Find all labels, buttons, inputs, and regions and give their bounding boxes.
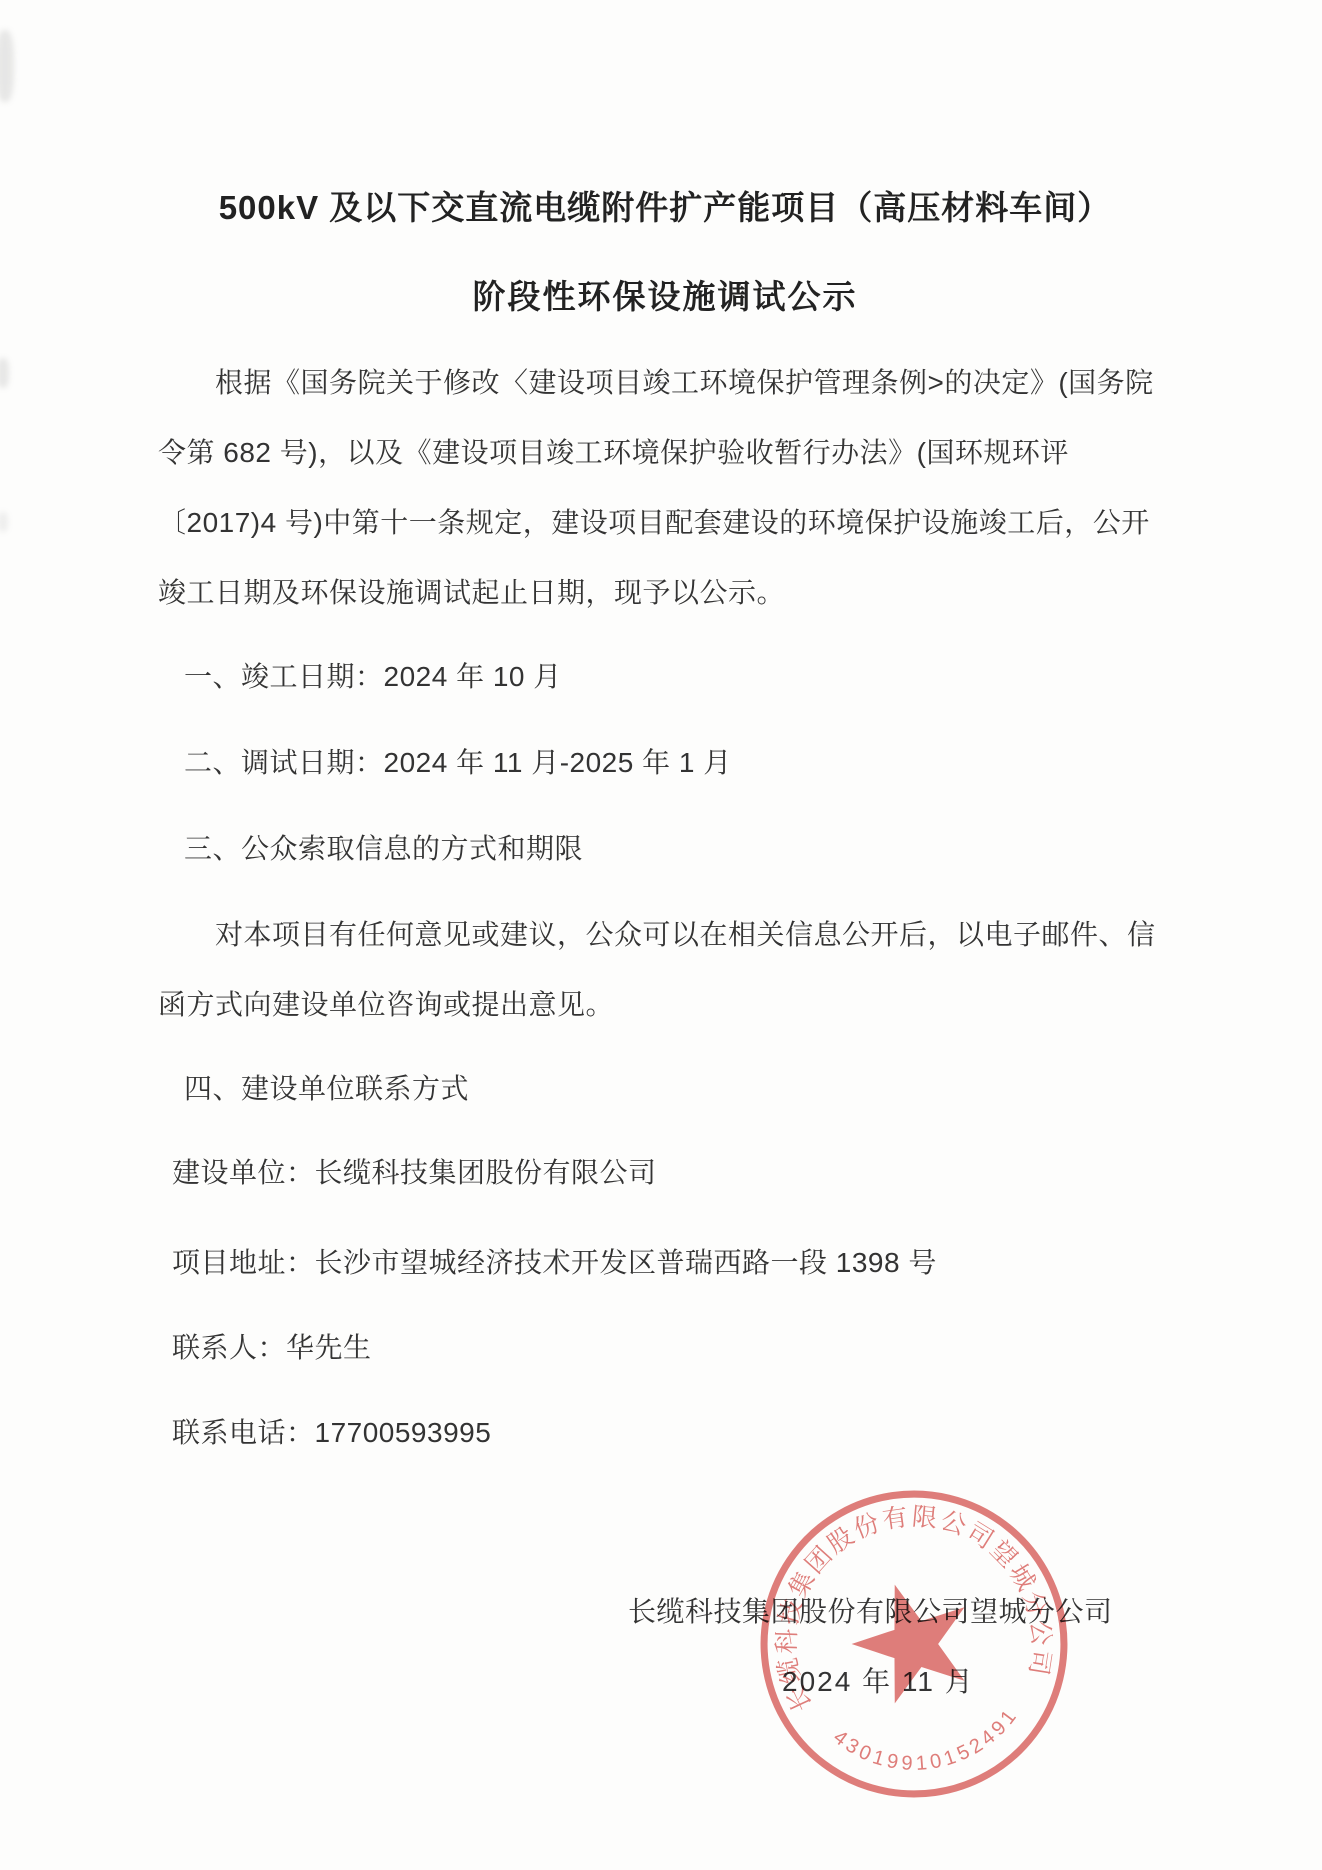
feedback-line: 对本项目有任何意见或建议，公众可以在相关信息公开后，以电子邮件、信 — [158, 900, 1172, 970]
scanned-document-page: 500kV 及以下交直流电缆附件扩产能项目（高压材料车间） 阶段性环保设施调试公… — [0, 0, 1322, 1870]
intro-line: 竣工日期及环保设施调试起止日期，现予以公示。 — [158, 558, 1172, 628]
feedback-paragraph: 对本项目有任何意见或建议，公众可以在相关信息公开后，以电子邮件、信 函方式向建设… — [158, 900, 1172, 1040]
intro-line: 〔2017)4 号)中第十一条规定，建设项目配套建设的环境保护设施竣工后，公开 — [158, 488, 1172, 558]
seal-ring — [745, 1475, 1084, 1814]
item-contact-heading: 四、建设单位联系方式 — [158, 1054, 1172, 1124]
seal-serial-text: 43019910152491 — [827, 1701, 1029, 1787]
document-title-line2: 阶段性环保设施调试公示 — [158, 276, 1172, 318]
signature-date: 2024 年 11 月 — [782, 1660, 975, 1700]
intro-line: 令第 682 号)，以及《建设项目竣工环境保护验收暂行办法》(国环规环评 — [158, 418, 1172, 488]
contact-address-line: 项目地址：长沙市望城经济技术开发区普瑞西路一段 1398 号 — [158, 1228, 1172, 1298]
intro-paragraph: 根据《国务院关于修改〈建设项目竣工环境保护管理条例>的决定》(国务院 令第 68… — [158, 348, 1172, 628]
document-body: 500kV 及以下交直流电缆附件扩产能项目（高压材料车间） 阶段性环保设施调试公… — [0, 186, 1322, 1468]
contact-unit-line: 建设单位：长缆科技集团股份有限公司 — [158, 1138, 1172, 1208]
intro-line: 根据《国务院关于修改〈建设项目竣工环境保护管理条例>的决定》(国务院 — [158, 348, 1172, 418]
scan-artifact — [0, 30, 14, 102]
item-public-info-heading: 三、公众索取信息的方式和期限 — [158, 814, 1172, 884]
document-title-line1: 500kV 及以下交直流电缆附件扩产能项目（高压材料车间） — [158, 186, 1172, 230]
item-completion-date: 一、竣工日期：2024 年 10 月 — [158, 642, 1172, 712]
feedback-line: 函方式向建设单位咨询或提出意见。 — [158, 970, 1172, 1040]
company-seal: 长缆科技集团股份有限公司望城分公司 43019910152491 — [732, 1462, 1096, 1826]
contact-person-line: 联系人：华先生 — [158, 1313, 1172, 1383]
contact-phone-line: 联系电话：17700593995 — [158, 1398, 1172, 1468]
signature-company-name: 长缆科技集团股份有限公司望城分公司 — [628, 1590, 1113, 1630]
item-commissioning-date: 二、调试日期：2024 年 11 月-2025 年 1 月 — [158, 728, 1172, 798]
